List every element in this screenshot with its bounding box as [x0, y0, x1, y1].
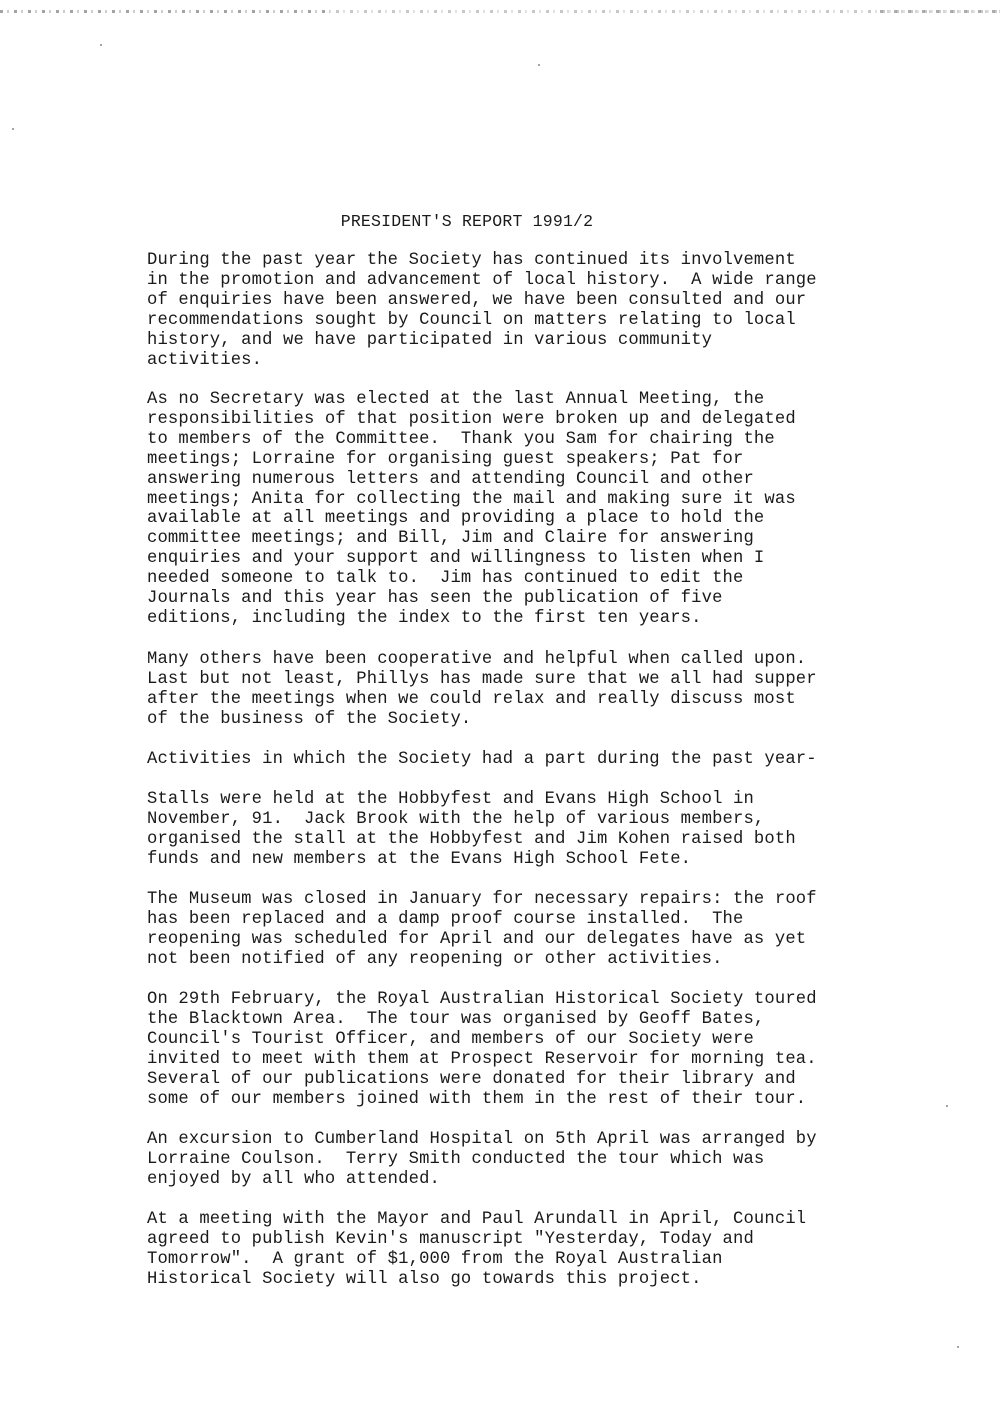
report-title: PRESIDENT'S REPORT 1991/2: [147, 212, 787, 231]
paragraph-museum: The Museum was closed in January for nec…: [147, 890, 817, 970]
paragraph-royal-tour: On 29th February, the Royal Australian H…: [147, 990, 817, 1109]
scan-speck: [538, 64, 540, 66]
scan-artifact-top-left: [0, 10, 330, 13]
scan-speck: [12, 128, 14, 130]
scan-speck: [946, 1105, 948, 1107]
paragraph-manuscript: At a meeting with the Mayor and Paul Aru…: [147, 1210, 806, 1290]
paragraph-stalls: Stalls were held at the Hobbyfest and Ev…: [147, 790, 796, 870]
scan-speck: [957, 1346, 959, 1348]
paragraph-activities-heading: Activities in which the Society had a pa…: [147, 750, 817, 770]
paragraph-intro: During the past year the Society has con…: [147, 251, 817, 370]
paragraph-excursion: An excursion to Cumberland Hospital on 5…: [147, 1130, 817, 1190]
scan-artifact-top-right: [880, 10, 1000, 13]
scan-speck: [100, 44, 102, 46]
paragraph-others: Many others have been cooperative and he…: [147, 650, 817, 730]
paragraph-committee: As no Secretary was elected at the last …: [147, 390, 796, 629]
